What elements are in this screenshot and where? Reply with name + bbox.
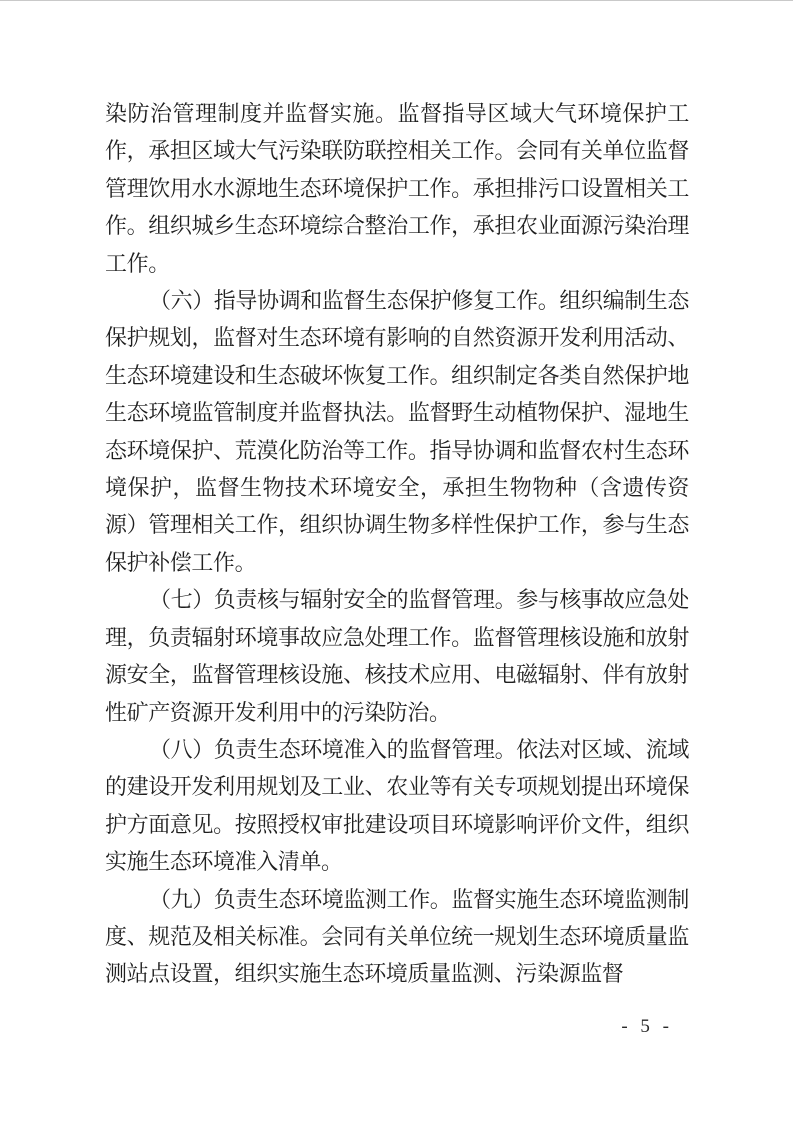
scan-edge-line <box>0 0 793 1</box>
paragraph-continuation: 染防治管理制度并监督实施。监督指导区域大气环境保护工作，承担区域大气污染联防联控… <box>105 95 689 282</box>
page-number: - 5 - <box>621 1016 673 1038</box>
paragraph-item-8: （八）负责生态环境准入的监督管理。依法对区域、流域的建设开发利用规划及工业、农业… <box>105 731 689 881</box>
paragraph-item-6: （六）指导协调和监督生态保护修复工作。组织编制生态保护规划，监督对生态环境有影响… <box>105 282 689 581</box>
paragraph-item-9: （九）负责生态环境监测工作。监督实施生态环境监测制度、规范及相关标准。会同有关单… <box>105 881 689 993</box>
document-page: 染防治管理制度并监督实施。监督指导区域大气环境保护工作，承担区域大气污染联防联控… <box>0 0 793 1122</box>
paragraph-item-7: （七）负责核与辐射安全的监督管理。参与核事故应急处理，负责辐射环境事故应急处理工… <box>105 581 689 731</box>
document-text-block: 染防治管理制度并监督实施。监督指导区域大气环境保护工作，承担区域大气污染联防联控… <box>105 95 689 993</box>
